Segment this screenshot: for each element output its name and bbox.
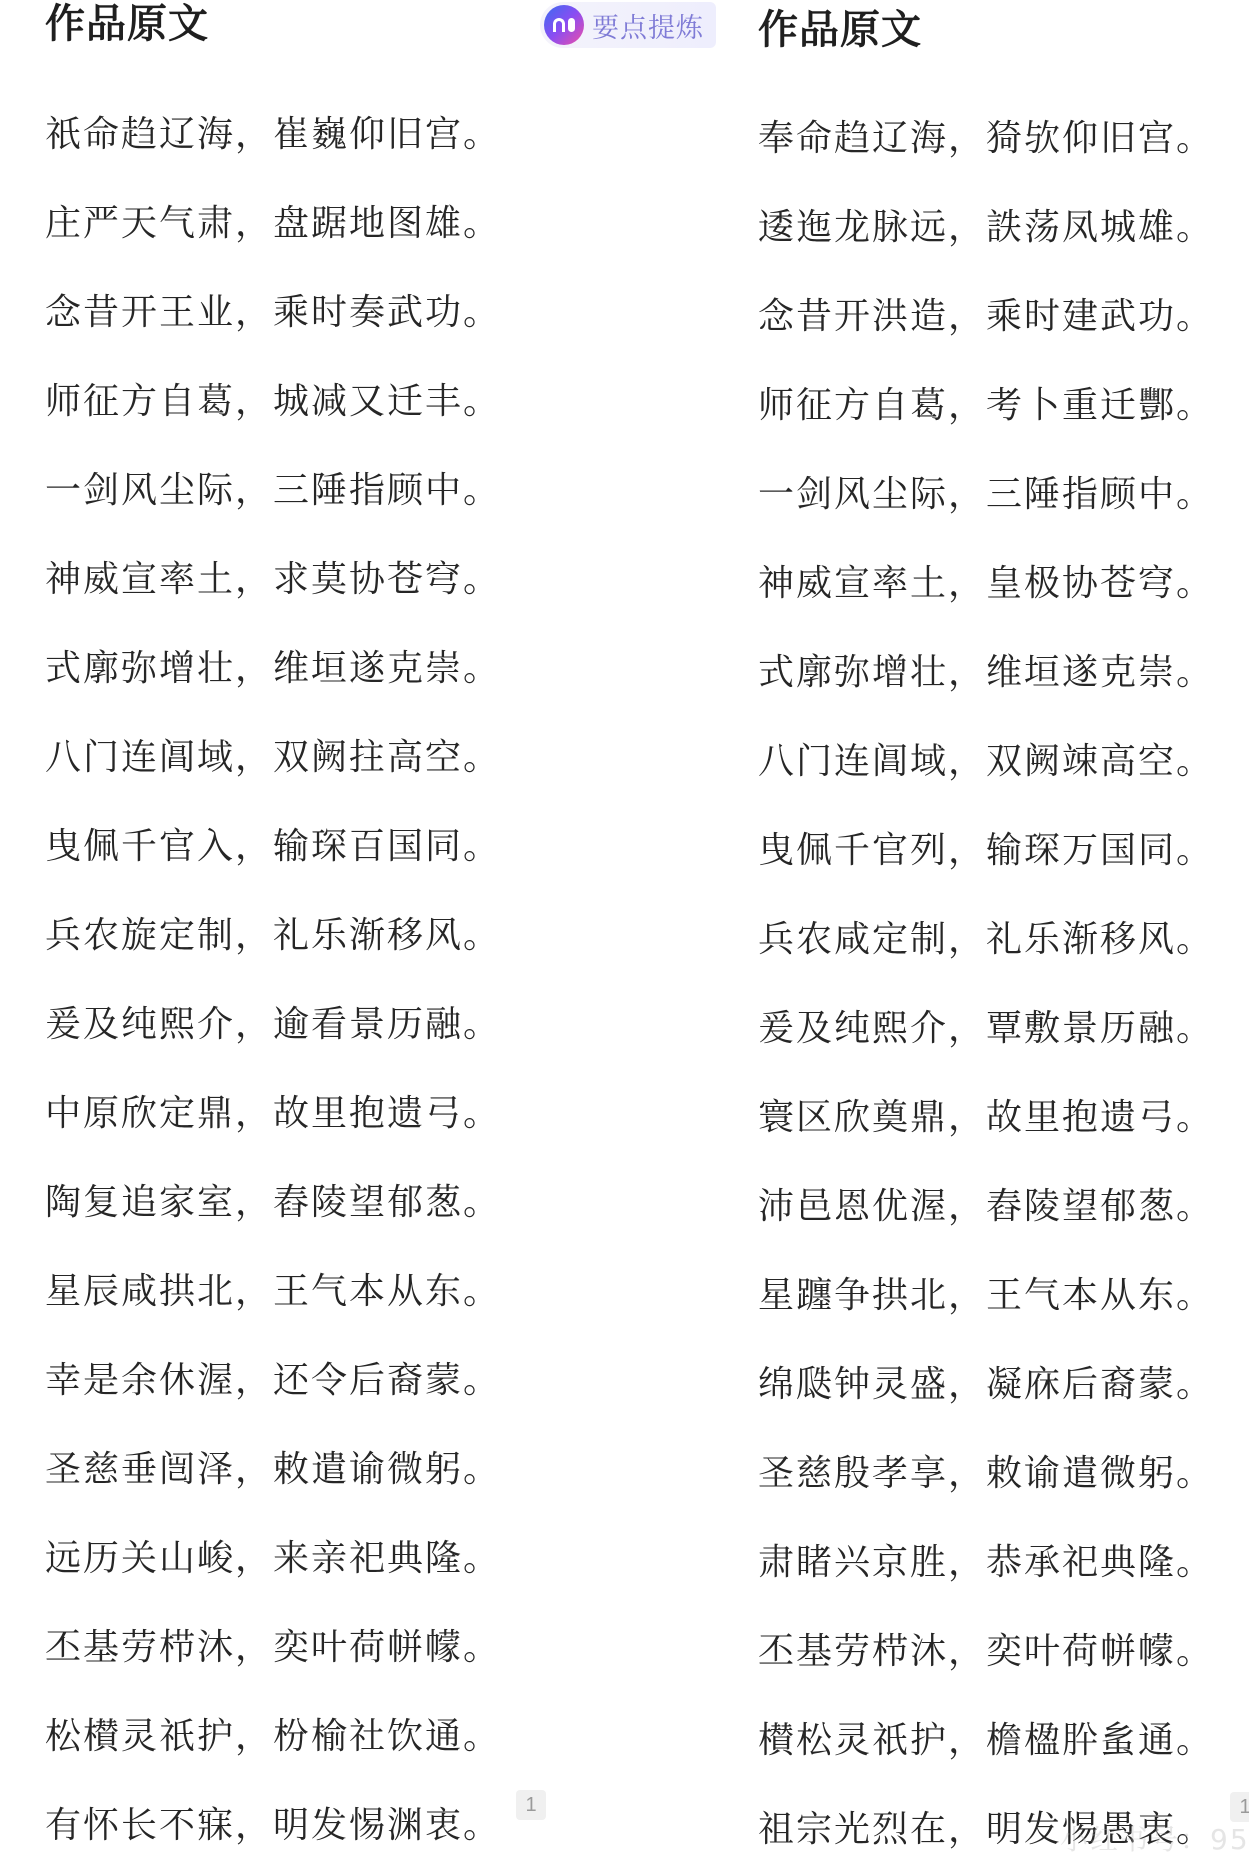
poem-line: 式廓弥增壮，维垣遂克崇。 bbox=[758, 628, 1214, 717]
poem-line: 丕基劳栉沐，奕叶荷帡幪。 bbox=[758, 1607, 1214, 1696]
poem-line: 星辰咸拱北，王气本从东。 bbox=[45, 1247, 501, 1336]
footnote-marker[interactable]: 1 bbox=[516, 1790, 546, 1820]
poem-line: 八门连阊域，双阙拄高空。 bbox=[45, 713, 501, 802]
ai-logo-icon bbox=[544, 5, 584, 45]
poem-line: 櫕松灵祇护，檐楹肸蚃通。 bbox=[758, 1696, 1214, 1785]
poem-line: 一剑风尘际，三陲指顾中。 bbox=[45, 446, 501, 535]
ai-summary-button[interactable]: 要点提炼 bbox=[540, 2, 716, 48]
poem-line: 式廓弥增壮，维垣遂克崇。 bbox=[45, 624, 501, 713]
poem-line: 肃睹兴京胜，恭承祀典隆。 bbox=[758, 1518, 1214, 1607]
poem-line: 寰区欣奠鼎，故里抱遗弓。 bbox=[758, 1073, 1214, 1162]
poem-line: 奉命趋辽海，猗欤仰旧宫。 bbox=[758, 94, 1214, 183]
poem-line: 神威宣率土，皇极协苍穹。 bbox=[758, 539, 1214, 628]
poem-line: 陶复追家室，舂陵望郁葱。 bbox=[45, 1158, 501, 1247]
poem-line: 曳佩千官入，输琛百国同。 bbox=[45, 802, 501, 891]
poem-line: 沛邑恩优渥，舂陵望郁葱。 bbox=[758, 1162, 1214, 1251]
poem-line: 念昔开王业，乘时奏武功。 bbox=[45, 268, 501, 357]
poem-line: 逶迤龙脉远，詄荡凤城雄。 bbox=[758, 183, 1214, 272]
watermark: 小红书号：95 bbox=[1060, 1818, 1249, 1858]
poem-line: 爰及纯熙介，逾看景历融。 bbox=[45, 980, 501, 1069]
poem-line: 一剑风尘际，三陲指顾中。 bbox=[758, 450, 1214, 539]
poem-line: 远历关山峻，来亲祀典隆。 bbox=[45, 1514, 501, 1603]
poem-line: 圣慈殷孝享，敕谕遣微躬。 bbox=[758, 1429, 1214, 1518]
left-poem-lines: 祇命趋辽海，崔巍仰旧宫。 庄严天气肃，盘踞地图雄。 念昔开王业，乘时奏武功。 师… bbox=[45, 90, 501, 1870]
poem-line: 兵农咸定制，礼乐渐移风。 bbox=[758, 895, 1214, 984]
poem-line: 曳佩千官列，输琛万国同。 bbox=[758, 806, 1214, 895]
poem-line: 八门连阊域，双阙竦高空。 bbox=[758, 717, 1214, 806]
poem-line: 神威宣率土，求莫协苍穹。 bbox=[45, 535, 501, 624]
poem-line: 幸是余休渥，还令后裔蒙。 bbox=[45, 1336, 501, 1425]
poem-line: 丕基劳栉沐，奕叶荷帡幪。 bbox=[45, 1603, 501, 1692]
poem-line: 爰及纯熙介，覃敷景历融。 bbox=[758, 984, 1214, 1073]
right-panel-title: 作品原文 bbox=[758, 6, 922, 54]
right-poem-lines: 奉命趋辽海，猗欤仰旧宫。 逶迤龙脉远，詄荡凤城雄。 念昔开洪造，乘时建武功。 师… bbox=[758, 94, 1214, 1874]
poem-line: 兵农旋定制，礼乐渐移风。 bbox=[45, 891, 501, 980]
poem-line: 师征方自葛，城减又迁丰。 bbox=[45, 357, 501, 446]
poem-line: 念昔开洪造，乘时建武功。 bbox=[758, 272, 1214, 361]
left-panel-title: 作品原文 bbox=[45, 0, 209, 48]
poem-line: 有怀长不寐，明发惕渊衷。 bbox=[45, 1781, 501, 1870]
poem-line: 中原欣定鼎，故里抱遗弓。 bbox=[45, 1069, 501, 1158]
poem-line: 庄严天气肃，盘踞地图雄。 bbox=[45, 179, 501, 268]
poem-line: 圣慈垂闿泽，敕遣谕微躬。 bbox=[45, 1425, 501, 1514]
poem-line: 星躔争拱北，王气本从东。 bbox=[758, 1251, 1214, 1340]
poem-line: 松櫕灵祇护，枌榆社饮通。 bbox=[45, 1692, 501, 1781]
poem-line: 绵瓞钟灵盛，凝庥后裔蒙。 bbox=[758, 1340, 1214, 1429]
poem-line: 师征方自葛，考卜重迁酆。 bbox=[758, 361, 1214, 450]
ai-summary-label: 要点提炼 bbox=[592, 6, 704, 45]
poem-line: 祇命趋辽海，崔巍仰旧宫。 bbox=[45, 90, 501, 179]
